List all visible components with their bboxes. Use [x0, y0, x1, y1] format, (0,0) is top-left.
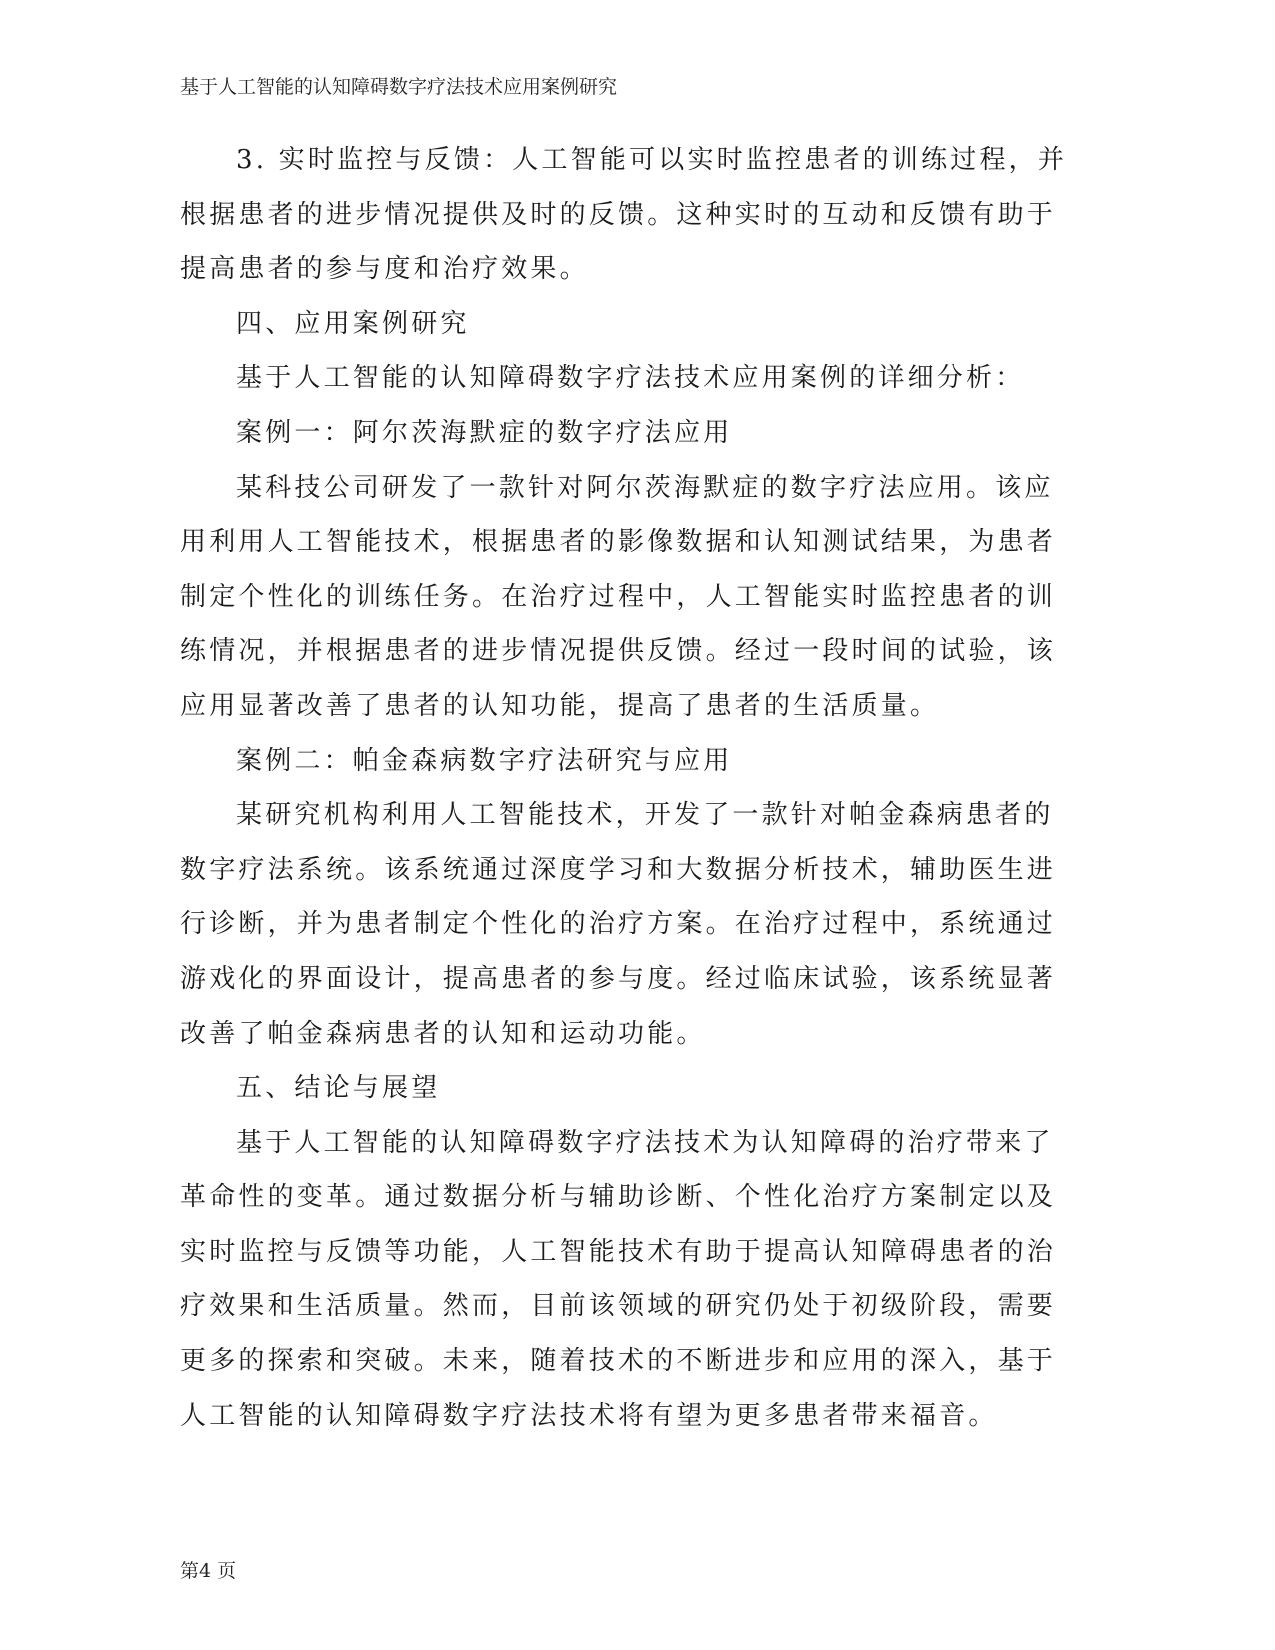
paragraph-line: 人工智能的认知障碍数字疗法技术将有望为更多患者带来福音。 — [180, 1389, 1040, 1444]
paragraph-line: 基于人工智能的认知障碍数字疗法技术为认知障碍的治疗带来了 — [180, 1116, 1040, 1171]
paragraph-line: 练情况，并根据患者的进步情况提供反馈。经过一段时间的试验，该 — [180, 624, 1040, 679]
paragraph-line: 3. 实时监控与反馈：人工智能可以实时监控患者的训练过程，并 — [180, 133, 1040, 188]
paragraph-line: 数字疗法系统。该系统通过深度学习和大数据分析技术，辅助医生进 — [180, 843, 1040, 898]
paragraph-line: 用利用人工智能技术，根据患者的影像数据和认知测试结果，为患者 — [180, 515, 1040, 570]
paragraph-line: 行诊断，并为患者制定个性化的治疗方案。在治疗过程中，系统通过 — [180, 897, 1040, 952]
paragraph-line: 疗效果和生活质量。然而，目前该领域的研究仍处于初级阶段，需要 — [180, 1279, 1040, 1334]
paragraph-line: 某研究机构利用人工智能技术，开发了一款针对帕金森病患者的 — [180, 788, 1040, 843]
paragraph-line: 更多的探索和突破。未来，随着技术的不断进步和应用的深入，基于 — [180, 1334, 1040, 1389]
paragraph-line: 根据患者的进步情况提供及时的反馈。这种实时的互动和反馈有助于 — [180, 188, 1040, 243]
paragraph-line: 提高患者的参与度和治疗效果。 — [180, 242, 1040, 297]
case-heading: 案例一：阿尔茨海默症的数字疗法应用 — [180, 406, 1040, 461]
paragraph-line: 改善了帕金森病患者的认知和运动功能。 — [180, 1007, 1040, 1062]
section-heading: 五、结论与展望 — [180, 1061, 1040, 1116]
paragraph-line: 实时监控与反馈等功能，人工智能技术有助于提高认知障碍患者的治 — [180, 1225, 1040, 1280]
case-heading: 案例二：帕金森病数字疗法研究与应用 — [180, 734, 1040, 789]
section-heading: 四、应用案例研究 — [180, 297, 1040, 352]
paragraph-line: 应用显著改善了患者的认知功能，提高了患者的生活质量。 — [180, 679, 1040, 734]
paragraph-line: 革命性的变革。通过数据分析与辅助诊断、个性化治疗方案制定以及 — [180, 1170, 1040, 1225]
page-number: 第4 页 — [180, 1556, 236, 1583]
paragraph-line: 基于人工智能的认知障碍数字疗法技术应用案例的详细分析： — [180, 351, 1040, 406]
paragraph-line: 某科技公司研发了一款针对阿尔茨海默症的数字疗法应用。该应 — [180, 461, 1040, 516]
running-header: 基于人工智能的认知障碍数字疗法技术应用案例研究 — [180, 72, 617, 99]
paragraph-line: 游戏化的界面设计，提高患者的参与度。经过临床试验，该系统显著 — [180, 952, 1040, 1007]
paragraph-line: 制定个性化的训练任务。在治疗过程中，人工智能实时监控患者的训 — [180, 570, 1040, 625]
document-body: 3. 实时监控与反馈：人工智能可以实时监控患者的训练过程，并 根据患者的进步情况… — [180, 133, 1040, 1443]
